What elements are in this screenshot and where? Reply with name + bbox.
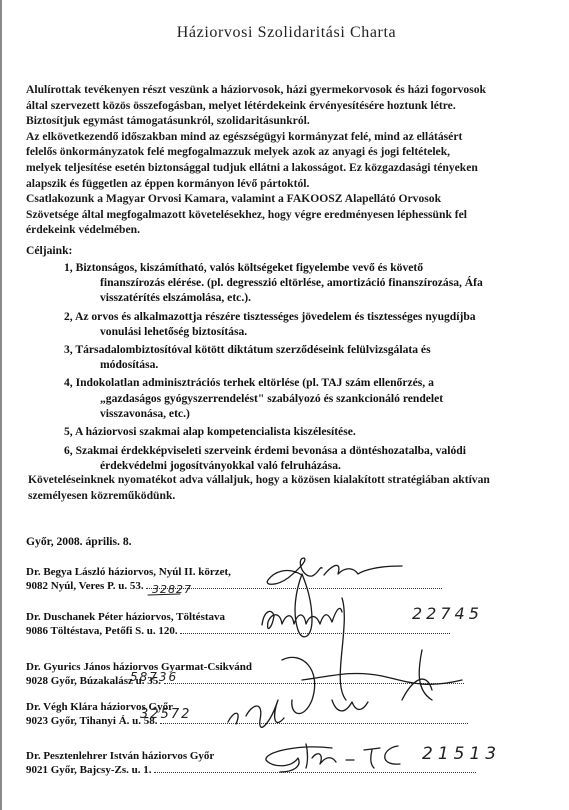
intro-line: Az elkövetkezendő időszakban mind az egé… bbox=[26, 129, 546, 145]
signature-line bbox=[164, 674, 464, 684]
place-and-date: Győr, 2008. április. 8. bbox=[26, 535, 132, 548]
intro-line: Csatlakozunk a Magyar Orvosi Kamara, val… bbox=[26, 191, 546, 207]
signatory-name: Dr. Végh Klára háziorvos Győr bbox=[26, 700, 496, 714]
goal-item: 1, Biztonságos, kiszámítható, valós költ… bbox=[64, 260, 544, 306]
intro-line: Biztosítjuk egymást támogatásunkról, szo… bbox=[26, 113, 546, 129]
handwritten-number: 32827 bbox=[152, 583, 192, 596]
signature-line bbox=[180, 624, 450, 634]
goal-item: 4, Indokolatlan adminisztrációs terhek e… bbox=[64, 375, 544, 421]
scanned-document-page: Háziorvosi Szolidaritási Charta Alulírot… bbox=[0, 0, 569, 810]
handwritten-number: 58736 bbox=[130, 670, 178, 684]
goal-item: 2, Az orvos és alkalmazottja részére tis… bbox=[64, 309, 544, 339]
signatory-address: 9086 Töltéstava, Petőfi S. u. 120. bbox=[26, 624, 496, 638]
signatory-name: Dr. Gyurics János háziorvos Gyarmat-Csik… bbox=[26, 660, 496, 674]
goal-item: 6, Szakmai érdekképviseleti szerveink ér… bbox=[64, 443, 544, 473]
signature-line bbox=[160, 714, 468, 724]
intro-line: felelős önkormányzatok felé megfogalmazz… bbox=[26, 144, 546, 160]
goals-list: 1, Biztonságos, kiszámítható, valós költ… bbox=[64, 260, 544, 474]
intro-paragraph: Alulírottak tevékenyen részt veszünk a h… bbox=[26, 82, 546, 238]
goals-heading: Céljaink: bbox=[26, 244, 72, 257]
signatory-address: 9023 Győr, Tihanyi Á. u. 58. bbox=[26, 714, 496, 728]
handwritten-number: 32572 bbox=[140, 707, 191, 722]
goal-item: 5, A háziorvosi szakmai alap kompetencia… bbox=[64, 424, 544, 439]
document-title: Háziorvosi Szolidaritási Charta bbox=[2, 24, 569, 42]
signatory-address: 9028 Győr, Búzakalász u. 35. bbox=[26, 674, 496, 688]
signatory-address: 9021 Győr, Bajcsy-Zs. u. 1. bbox=[26, 763, 496, 777]
signatory-block: Dr. Végh Klára háziorvos Győr 9023 Győr,… bbox=[26, 700, 496, 728]
intro-line: által szervezett közös összefogásban, me… bbox=[26, 98, 546, 114]
intro-line: alapszik és független az éppen kormányon… bbox=[26, 176, 546, 192]
handwritten-number: 21513 bbox=[422, 744, 501, 764]
handwritten-number: 22745 bbox=[412, 604, 483, 623]
signatory-block: Dr. Begya László háziorvos, Nyúl II. kör… bbox=[26, 565, 496, 593]
signatory-name: Dr. Begya László háziorvos, Nyúl II. kör… bbox=[26, 565, 496, 579]
intro-line: Szövetsége által megfogalmazott követelé… bbox=[26, 207, 546, 223]
signature-line bbox=[154, 763, 476, 773]
intro-line: érdekeink védelmében. bbox=[26, 222, 546, 238]
intro-line: melyek teljesítése esetén biztonsággal t… bbox=[26, 160, 546, 176]
intro-line: Alulírottak tevékenyen részt veszünk a h… bbox=[26, 82, 546, 98]
signatory-address: 9082 Nyúl, Veres P. u. 53. bbox=[26, 579, 496, 593]
goal-item: 3, Társadalombiztosítóval kötött diktátu… bbox=[64, 342, 544, 372]
signatory-block: Dr. Gyurics János háziorvos Gyarmat-Csik… bbox=[26, 660, 496, 688]
closing-paragraph: Követeléseinknek nyomatékot adva vállalj… bbox=[28, 472, 548, 503]
